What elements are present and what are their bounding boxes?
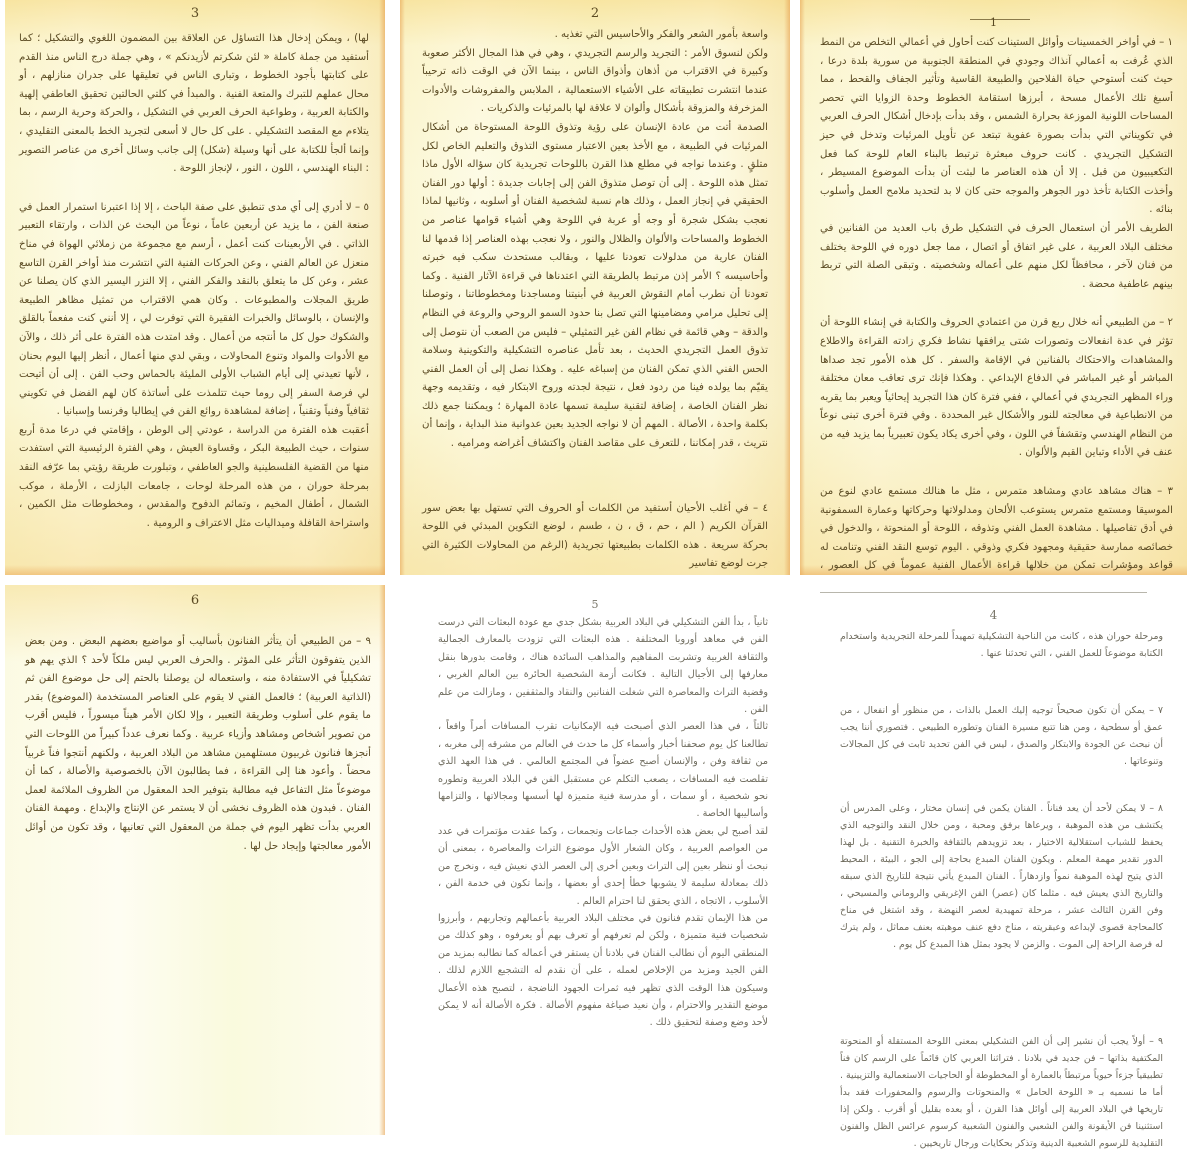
page-number: 3 [5,6,385,21]
paragraph-item-2: ٢ – من الطبيعي أنه خلال ربع قرن من اعتما… [820,314,1173,463]
paragraph-item-3: ٣ – هناك مشاهد عادي ومشاهد متمرس ، مثل م… [820,483,1173,575]
manuscript-page-2: 2 واسعة بأمور الشعر والفكر والأحاسيس الت… [400,0,790,575]
paragraph: واسعة بأمور الشعر والفكر والأحاسيس التي … [422,26,768,45]
paragraph: ولكن لنسوق الأمر : التجريد والرسم التجري… [422,45,768,119]
manuscript-page-5: 5 ثانياً ، بدأ الفن التشكيلي في البلاد ا… [400,590,790,1140]
paragraph-item-8: ٨ – لا يمكن لأحد أن يعد فناناً . الفنان … [840,800,1163,953]
page-number: 6 [5,593,385,608]
page-number: 2 [400,6,790,21]
page-number: 5 [400,598,790,611]
manuscript-page-3: 3 لها) ، ويمكن إدخال هذا التساؤل عن العل… [5,0,385,575]
paper-edge-stain [800,0,805,575]
paper-edge-stain [5,565,385,575]
page-body: ٩ – من الطبيعي أن يتأثر الفنانون بأساليب… [25,633,371,856]
paragraph-item-1: ١ – في أواخر الخمسينات وأوائل الستينات ك… [820,34,1173,220]
paragraph-item-9: ٩ – أولاً يجب أن نشير إلى أن الفن التشكي… [840,1033,1163,1152]
paper-edge-stain [400,0,405,575]
paragraph-item-7: ٧ – يمكن أن تكون صحيحاً توجيه إليك العمل… [840,702,1163,770]
paragraph: أعقبت هذه الفترة من الدراسة ، عودتي إلى … [19,422,369,534]
paper-edge-stain [784,0,790,575]
paper-edge-stain [379,585,385,1135]
page-number: 1 [800,16,1187,29]
paragraph-item-4: ٤ – في أغلب الأحيان أستفيد من الكلمات أو… [422,500,768,574]
manuscript-page-6: 6 ٩ – من الطبيعي أن يتأثر الفنانون بأسال… [5,585,385,1135]
paragraph: الطريف الأمر أن استعمال الحرف في التشكيل… [820,220,1173,294]
paragraph: من هذا الإيمان تقدم فنانون في مختلف البل… [438,910,768,1032]
header-rule [820,592,1147,593]
page-body: ١ – في أواخر الخمسينات وأوائل الستينات ك… [820,34,1173,575]
paragraph-item-9: ٩ – من الطبيعي أن يتأثر الفنانون بأساليب… [25,633,371,856]
paragraph: ثانياً ، بدأ الفن التشكيلي في البلاد الع… [438,614,768,718]
page-body: ثانياً ، بدأ الفن التشكيلي في البلاد الع… [438,614,768,1032]
paragraph: لقد أصبح لي بعض هذه الأحداث جماعات وتجمع… [438,823,768,910]
manuscript-page-4: 4 ومرحلة حوران هذه ، كانت من الناحية الت… [800,578,1187,1153]
paragraph-item-5: ٥ – لا أدري إلى أي مدى تنطبق على صفة الب… [19,199,369,422]
paragraph: ومرحلة حوران هذه ، كانت من الناحية التشك… [840,628,1163,662]
paper-edge-stain [379,0,385,575]
paragraph: ثالثاً ، في هذا العصر الذي أصبحت فيه الإ… [438,718,768,822]
manuscript-page-1: 1 ١ – في أواخر الخمسينات وأوائل الستينات… [800,0,1187,575]
page-number: 4 [800,608,1187,622]
page-body: ومرحلة حوران هذه ، كانت من الناحية التشك… [840,628,1163,1152]
page-body: واسعة بأمور الشعر والفكر والأحاسيس التي … [422,26,768,574]
page-body: لها) ، ويمكن إدخال هذا التساؤل عن العلاق… [19,30,369,533]
paragraph: الصدمة أتت من عادة الإنسان على رؤية وتذو… [422,119,768,454]
paragraph: لها) ، ويمكن إدخال هذا التساؤل عن العلاق… [19,30,369,179]
